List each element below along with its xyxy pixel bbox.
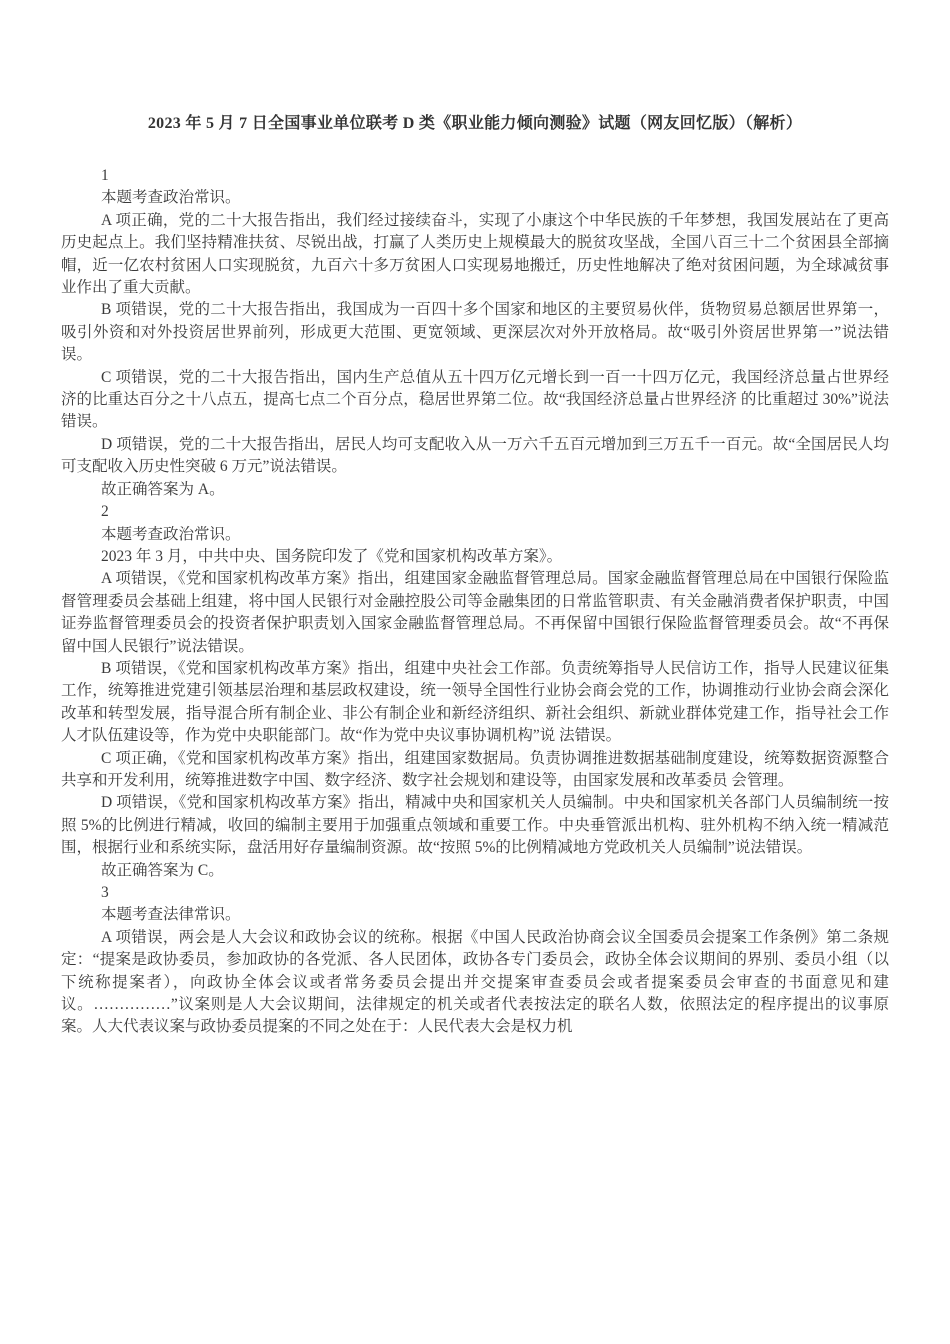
analysis-paragraph: C 项错误，党的二十大报告指出，国内生产总值从五十四万亿元增长到一百一十四万亿元…: [61, 367, 889, 434]
analysis-paragraph: A 项正确，党的二十大报告指出，我们经过接续奋斗，实现了小康这个中华民族的千年梦…: [61, 210, 889, 300]
analysis-paragraph: B 项错误，党的二十大报告指出，我国成为一百四十多个国家和地区的主要贸易伙伴，货…: [61, 299, 889, 366]
document-title: 2023 年 5 月 7 日全国事业单位联考 D 类《职业能力倾向测验》试题（网…: [61, 113, 889, 135]
question-number: 3: [61, 882, 889, 904]
analysis-paragraph: 本题考查政治常识。: [61, 524, 889, 546]
document-body: 1本题考查政治常识。A 项正确，党的二十大报告指出，我们经过接续奋斗，实现了小康…: [61, 165, 889, 1039]
analysis-paragraph: 本题考查政治常识。: [61, 187, 889, 209]
analysis-paragraph: A 项错误，《党和国家机构改革方案》指出，组建国家金融监督管理总局。国家金融监督…: [61, 568, 889, 658]
analysis-paragraph: D 项错误，党的二十大报告指出，居民人均可支配收入从一万六千五百元增加到三万五千…: [61, 434, 889, 479]
analysis-paragraph: A 项错误，两会是人大会议和政协会议的统称。根据《中国人民政治协商会议全国委员会…: [61, 927, 889, 1039]
analysis-paragraph: 故正确答案为 A。: [61, 479, 889, 501]
analysis-paragraph: C 项正确，《党和国家机构改革方案》指出，组建国家数据局。负责协调推进数据基础制…: [61, 748, 889, 793]
analysis-paragraph: B 项错误，《党和国家机构改革方案》指出，组建中央社会工作部。负责统筹指导人民信…: [61, 658, 889, 748]
analysis-paragraph: D 项错误，《党和国家机构改革方案》指出，精减中央和国家机关人员编制。中央和国家…: [61, 792, 889, 859]
question-number: 2: [61, 501, 889, 523]
question-number: 1: [61, 165, 889, 187]
analysis-paragraph: 故正确答案为 C。: [61, 860, 889, 882]
analysis-paragraph: 本题考查法律常识。: [61, 904, 889, 926]
analysis-paragraph: 2023 年 3 月，中共中央、国务院印发了《党和国家机构改革方案》。: [61, 546, 889, 568]
document-page: 2023 年 5 月 7 日全国事业单位联考 D 类《职业能力倾向测验》试题（网…: [0, 0, 950, 1344]
